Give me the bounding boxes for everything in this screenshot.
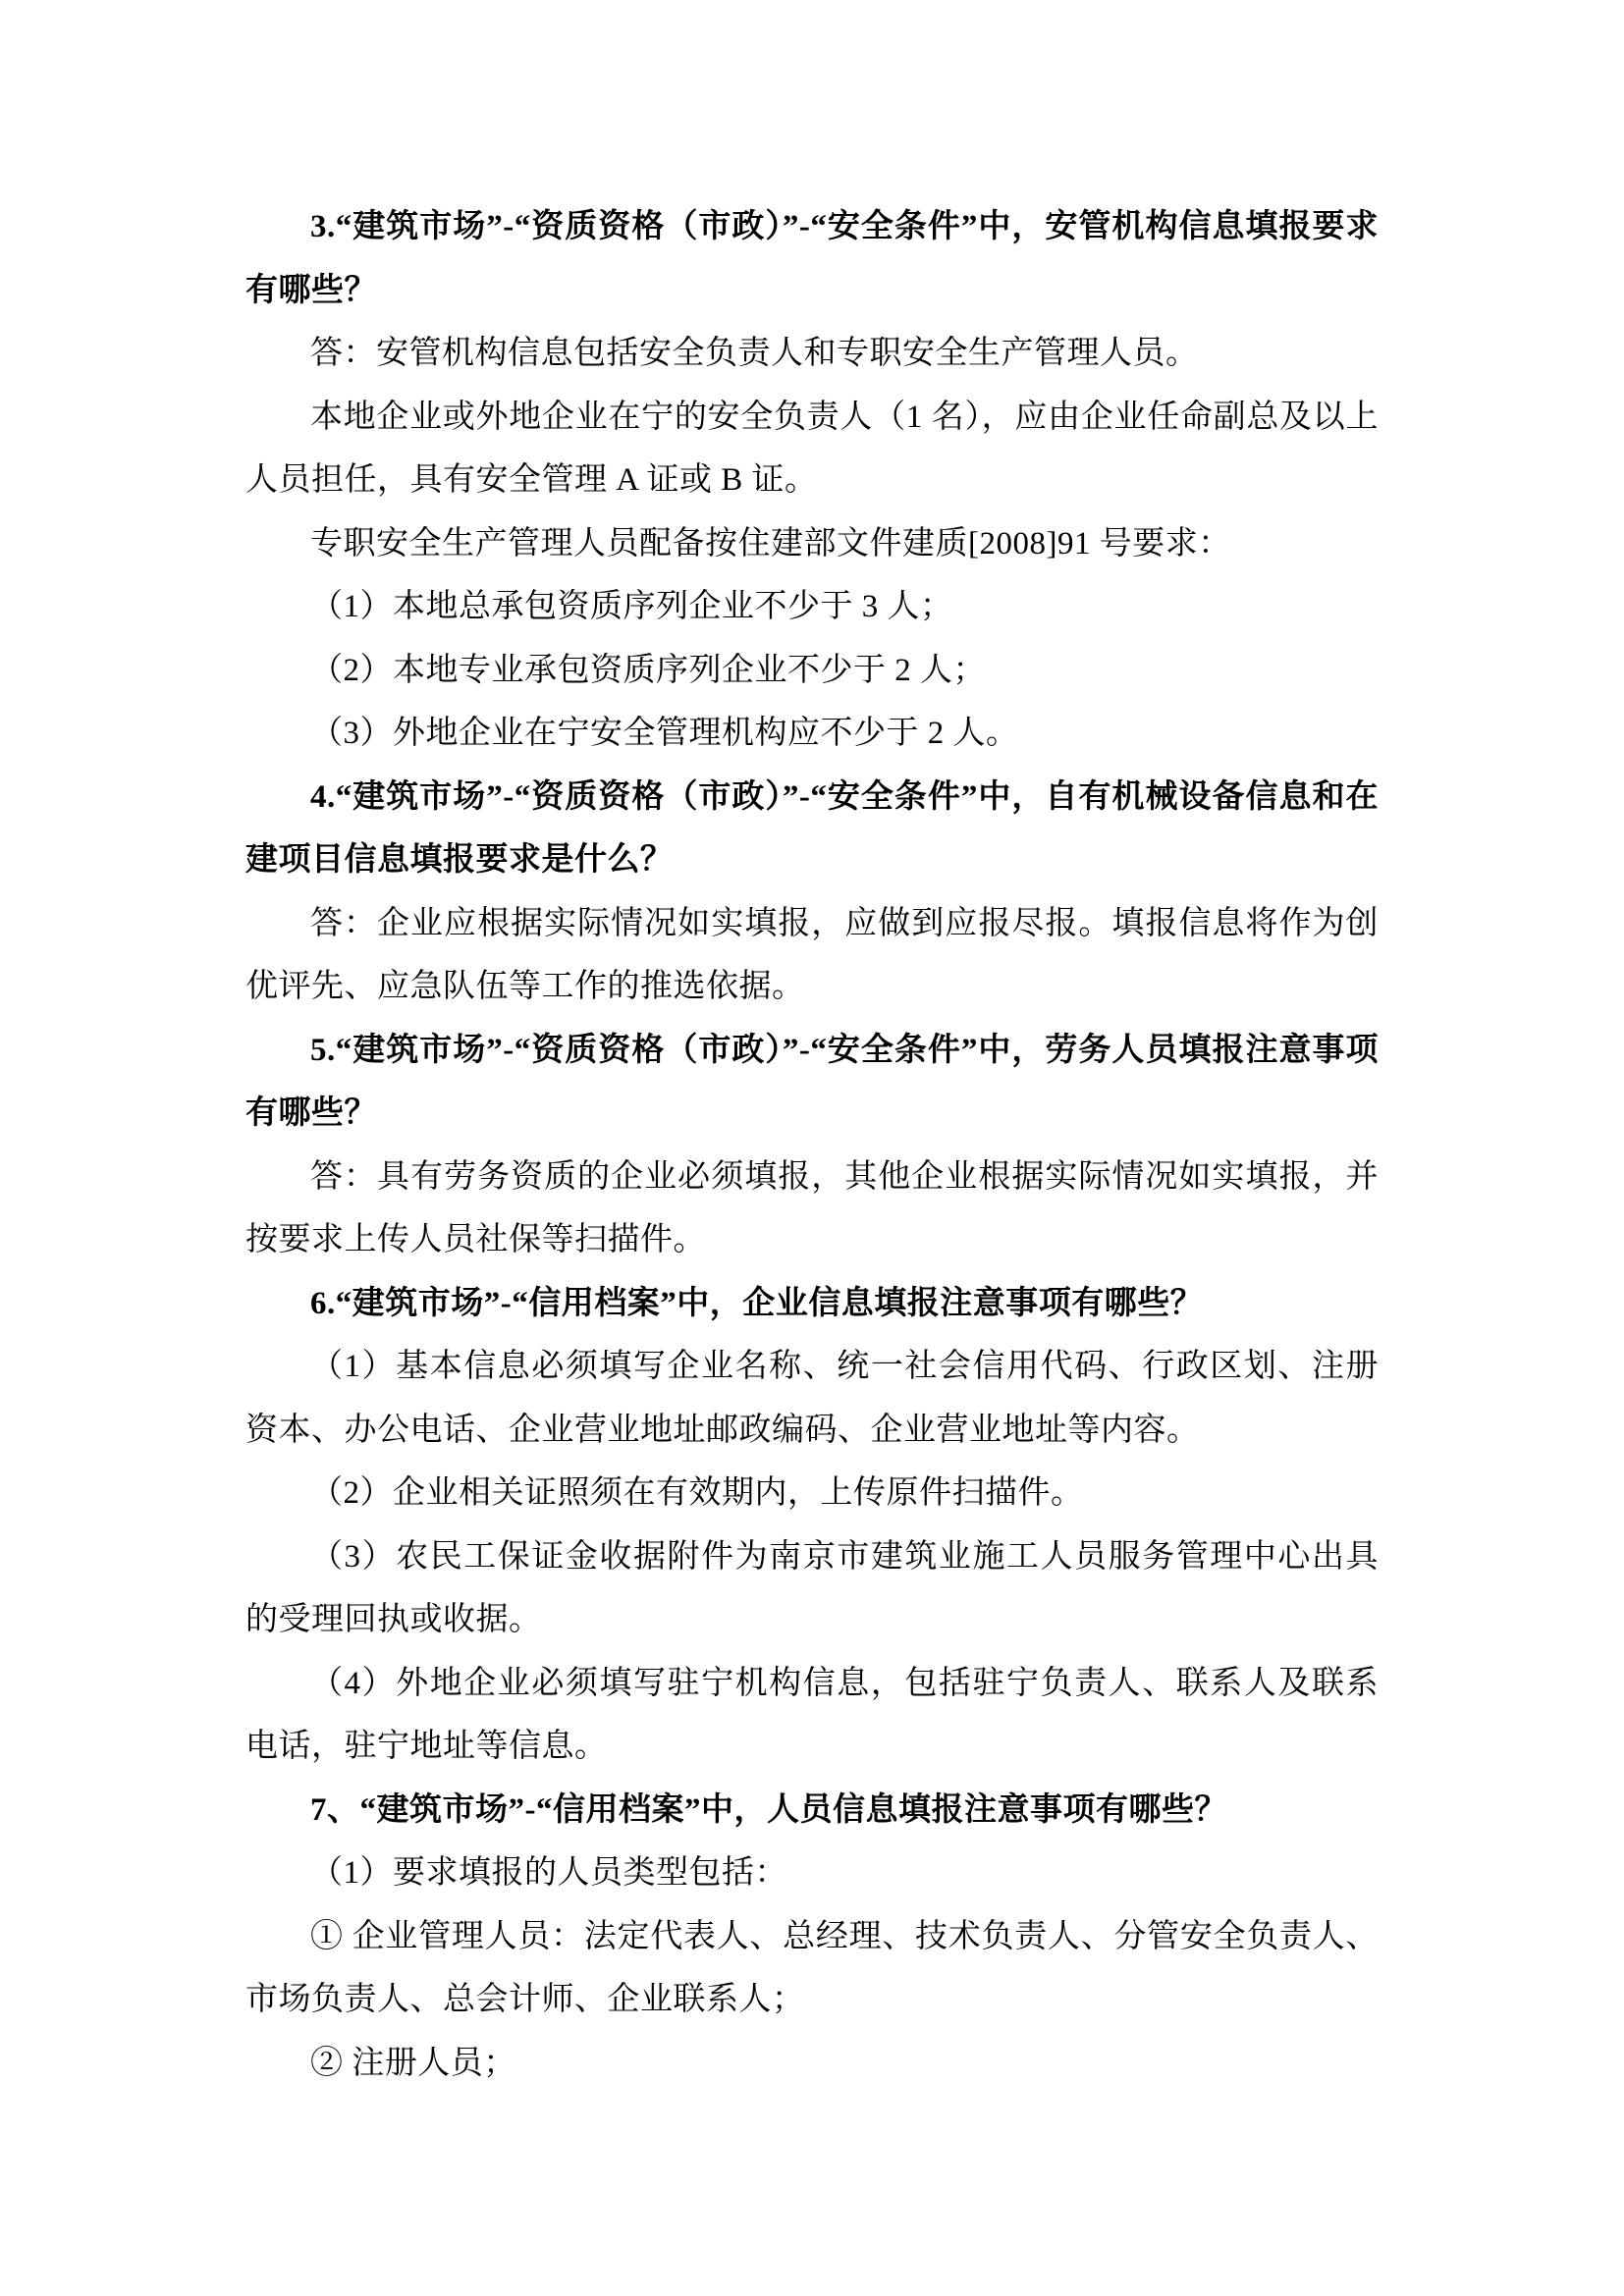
question-heading: 7、“建筑市场”-“信用档案”中，人员信息填报注意事项有哪些？ [245,1779,1379,1842]
body-paragraph: 本地企业或外地企业在宁的安全负责人（1 名），应由企业任命副总及以上人员担任，具… [245,386,1379,512]
body-paragraph: ① 企业管理人员：法定代表人、总经理、技术负责人、分管安全负责人、市场负责人、总… [245,1905,1379,2032]
body-paragraph: 答：具有劳务资质的企业必须填报，其他企业根据实际情况如实填报，并按要求上传人员社… [245,1146,1379,1272]
body-paragraph: （2）本地专业承包资质序列企业不少于 2 人； [245,639,1379,703]
body-paragraph: 答：企业应根据实际情况如实填报，应做到应报尽报。填报信息将作为创优评先、应急队伍… [245,892,1379,1019]
body-paragraph: 专职安全生产管理人员配备按住建部文件建质[2008]91 号要求： [245,512,1379,576]
question-heading: 4.“建筑市场”-“资质资格（市政）”-“安全条件”中，自有机械设备信息和在建项… [245,766,1379,892]
body-paragraph: （4）外地企业必须填写驻宁机构信息，包括驻宁负责人、联系人及联系电话，驻宁地址等… [245,1652,1379,1779]
question-heading: 6.“建筑市场”-“信用档案”中，企业信息填报注意事项有哪些？ [245,1272,1379,1336]
body-paragraph: 答：安管机构信息包括安全负责人和专职安全生产管理人员。 [245,322,1379,386]
question-heading: 5.“建筑市场”-“资质资格（市政）”-“安全条件”中，劳务人员填报注意事项有哪… [245,1019,1379,1146]
body-paragraph: ② 注册人员； [245,2032,1379,2096]
document-page: 3.“建筑市场”-“资质资格（市政）”-“安全条件”中，安管机构信息填报要求有哪… [0,0,1624,2296]
body-paragraph: （1）基本信息必须填写企业名称、统一社会信用代码、行政区划、注册资本、办公电话、… [245,1335,1379,1462]
body-paragraph: （2）企业相关证照须在有效期内，上传原件扫描件。 [245,1462,1379,1525]
body-paragraph: （3）农民工保证金收据附件为南京市建筑业施工人员服务管理中心出具的受理回执或收据… [245,1525,1379,1652]
body-paragraph: （1）要求填报的人员类型包括： [245,1842,1379,1905]
body-paragraph: （1）本地总承包资质序列企业不少于 3 人； [245,575,1379,639]
body-paragraph: （3）外地企业在宁安全管理机构应不少于 2 人。 [245,702,1379,766]
question-heading: 3.“建筑市场”-“资质资格（市政）”-“安全条件”中，安管机构信息填报要求有哪… [245,195,1379,322]
document-content: 3.“建筑市场”-“资质资格（市政）”-“安全条件”中，安管机构信息填报要求有哪… [245,195,1379,2095]
